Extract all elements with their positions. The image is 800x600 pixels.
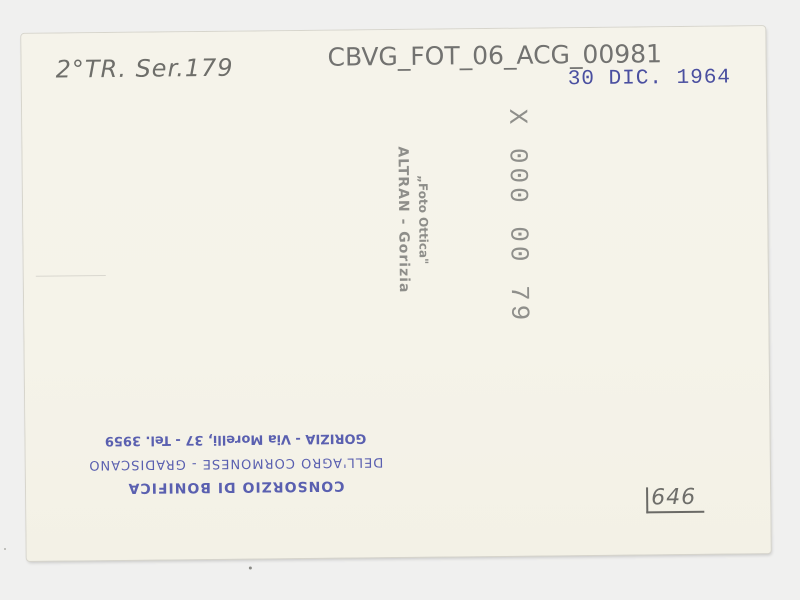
photographer-stamp-location: ALTRAN - Gorizia: [392, 120, 414, 320]
photographer-stamp: „Foto Ottica" ALTRAN - Gorizia: [392, 120, 434, 320]
consorzio-stamp: CONSORZIO DI BONIFICA DELL'AGRO CORMONES…: [85, 425, 386, 500]
scan-background: 2°TR. Ser.179 CBVG_FOT_06_ACG_00981 30 D…: [0, 0, 800, 600]
pencil-number-646: 646: [646, 487, 704, 514]
faint-mark: [36, 275, 106, 277]
pencil-annotation-series: 2°TR. Ser.179: [55, 54, 233, 84]
date-stamp: 30 DIC. 1964: [568, 66, 731, 91]
photo-card-back: 2°TR. Ser.179 CBVG_FOT_06_ACG_00981 30 D…: [21, 26, 770, 561]
photographer-stamp-name: „Foto Ottica": [412, 120, 434, 320]
consorzio-stamp-title: CONSORZIO DI BONIFICA: [86, 473, 386, 500]
serial-number-stamp: X 000 00 79: [502, 109, 535, 369]
consorzio-stamp-address: GORIZIA - Via Morelli, 37 - Tel. 3959: [85, 425, 385, 452]
dust-speck: [4, 548, 6, 550]
consorzio-stamp-region: DELL'AGRO CORMONESE - GRADISCANO: [86, 449, 386, 476]
dust-speck: [249, 567, 252, 570]
